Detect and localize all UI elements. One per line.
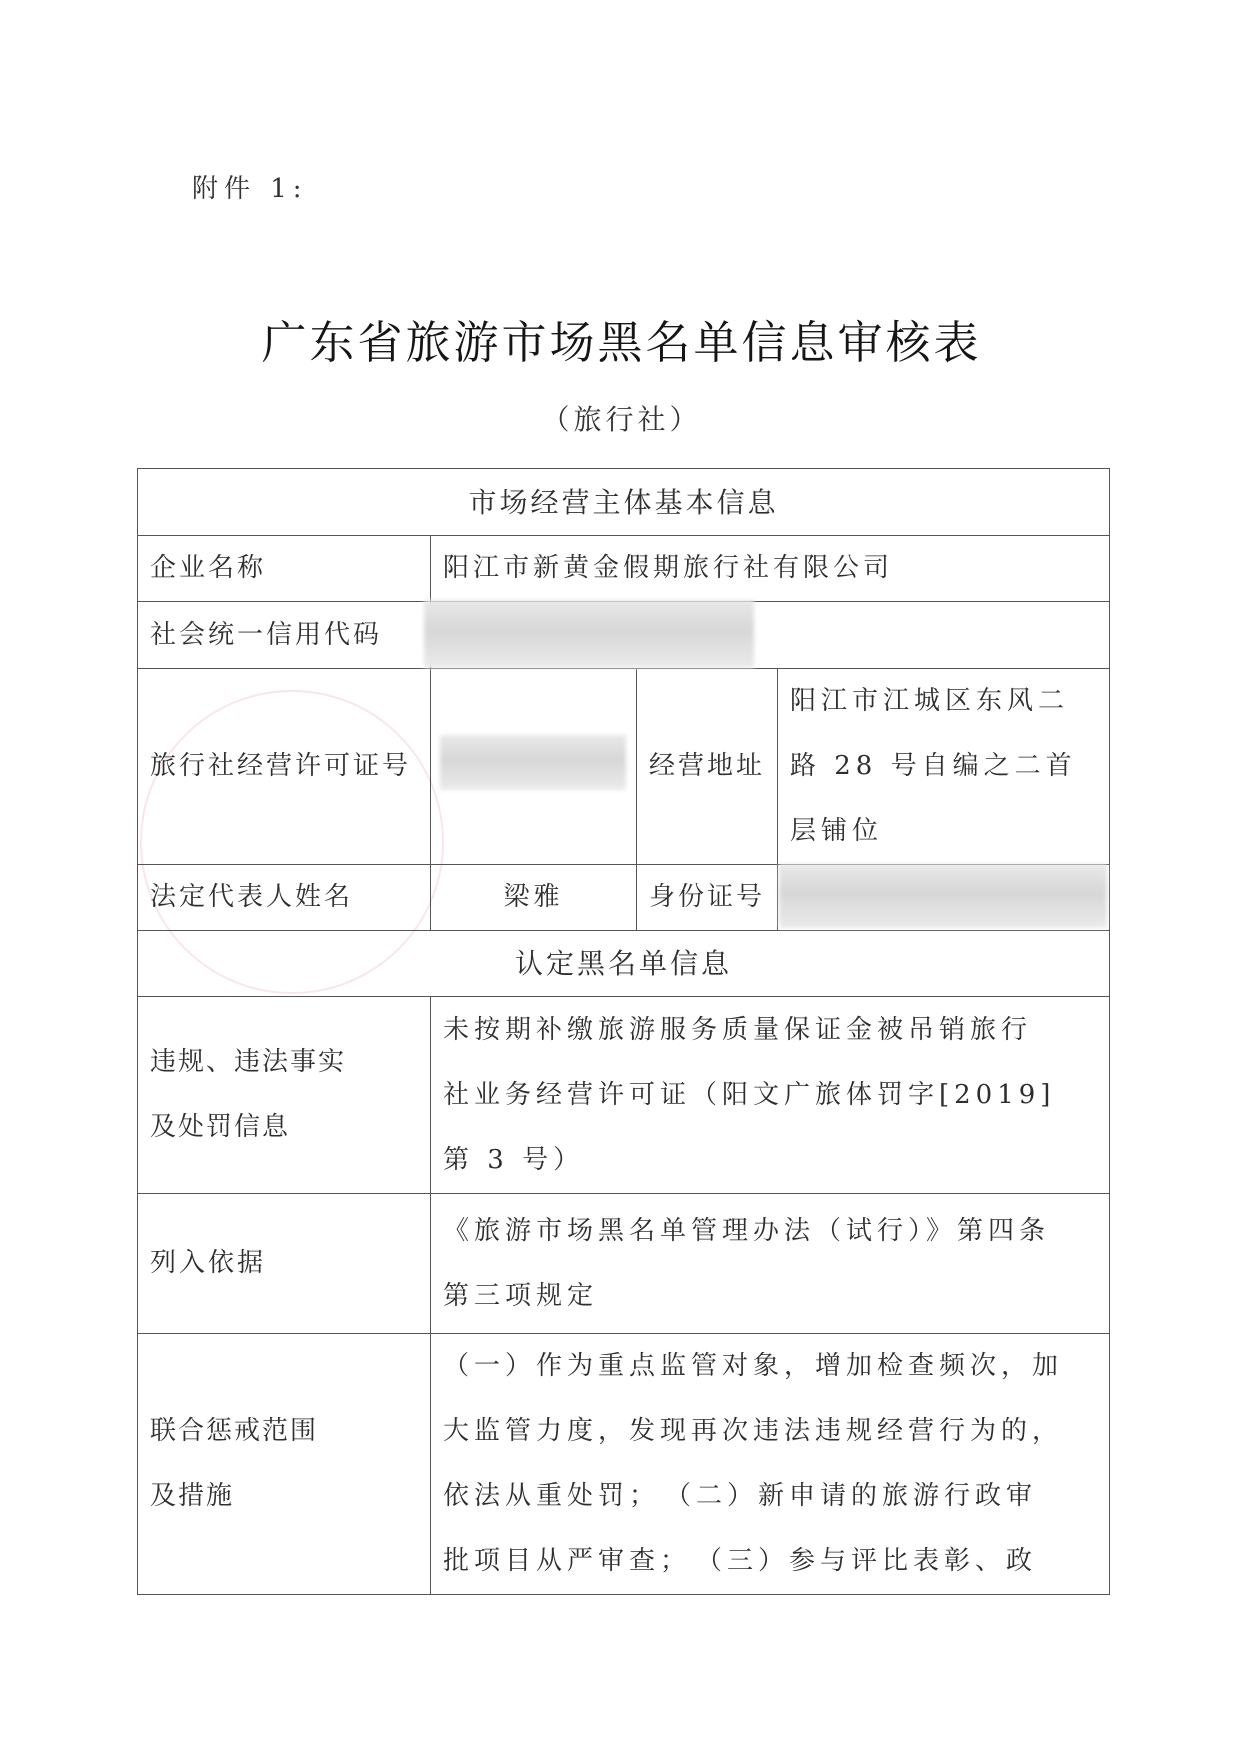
section2-header: 认定黑名单信息 [138,931,1110,997]
measures-line: 批项目从严审查； （三）参与评比表彰、政 [443,1529,1097,1594]
basis-label: 列入依据 [138,1194,431,1334]
redaction-blur-id-number [779,864,1107,928]
company-name-value: 阳江市新黄金假期旅行社有限公司 [431,536,1110,602]
measures-line: 大监管力度，发现再次违法违规经营行为的， [443,1399,1097,1464]
license-label: 旅行社经营许可证号 [138,669,431,865]
violations-label-line: 违规、违法事实 [150,1030,418,1095]
section1-header-row: 市场经营主体基本信息 [138,469,1110,536]
attachment-label: 附件 1: [192,168,308,205]
violations-line: 未按期补缴旅游服务质量保证金被吊销旅行 [443,998,1097,1063]
credit-code-label: 社会统一信用代码 [138,602,431,669]
section2-header-row: 认定黑名单信息 [138,931,1110,997]
measures-row: 联合惩戒范围 及措施 （一）作为重点监管对象，增加检查频次，加 大监管力度，发现… [138,1334,1110,1595]
redaction-blur-credit-code [424,600,754,668]
document-title: 广东省旅游市场黑名单信息审核表 [0,306,1243,371]
basis-line: 第三项规定 [443,1264,1097,1329]
violations-line: 第 3 号） [443,1128,1097,1193]
legal-rep-label: 法定代表人姓名 [138,865,431,931]
basis-line: 《旅游市场黑名单管理办法（试行）》第四条 [443,1199,1097,1264]
address-line: 阳江市江城区东风二 [790,669,1097,734]
legal-rep-value: 梁雅 [431,865,637,931]
violations-value: 未按期补缴旅游服务质量保证金被吊销旅行 社业务经营许可证（阳文广旅体罚字[201… [431,997,1110,1194]
address-line: 层铺位 [790,799,1097,864]
basis-row: 列入依据 《旅游市场黑名单管理办法（试行）》第四条 第三项规定 [138,1194,1110,1334]
violations-label: 违规、违法事实 及处罚信息 [138,997,431,1194]
section1-header: 市场经营主体基本信息 [138,469,1110,536]
basis-value: 《旅游市场黑名单管理办法（试行）》第四条 第三项规定 [431,1194,1110,1334]
measures-label: 联合惩戒范围 及措施 [138,1334,431,1595]
measures-line: （一）作为重点监管对象，增加检查频次，加 [443,1334,1097,1399]
address-line: 路 28 号自编之二首 [790,734,1097,799]
measures-label-line: 及措施 [150,1464,418,1529]
violations-line: 社业务经营许可证（阳文广旅体罚字[2019] [443,1063,1097,1128]
company-name-label: 企业名称 [138,536,431,602]
address-label: 经营地址 [637,669,778,865]
id-number-label: 身份证号 [637,865,778,931]
redaction-blur-license-number [440,735,626,790]
company-name-row: 企业名称 阳江市新黄金假期旅行社有限公司 [138,536,1110,602]
violations-label-line: 及处罚信息 [150,1095,418,1160]
measures-label-line: 联合惩戒范围 [150,1399,418,1464]
document-subtitle: （旅行社） [0,398,1243,438]
address-value: 阳江市江城区东风二 路 28 号自编之二首 层铺位 [778,669,1110,865]
violations-row: 违规、违法事实 及处罚信息 未按期补缴旅游服务质量保证金被吊销旅行 社业务经营许… [138,997,1110,1194]
measures-line: 依法从重处罚； （二）新申请的旅游行政审 [443,1464,1097,1529]
measures-value: （一）作为重点监管对象，增加检查频次，加 大监管力度，发现再次违法违规经营行为的… [431,1334,1110,1595]
